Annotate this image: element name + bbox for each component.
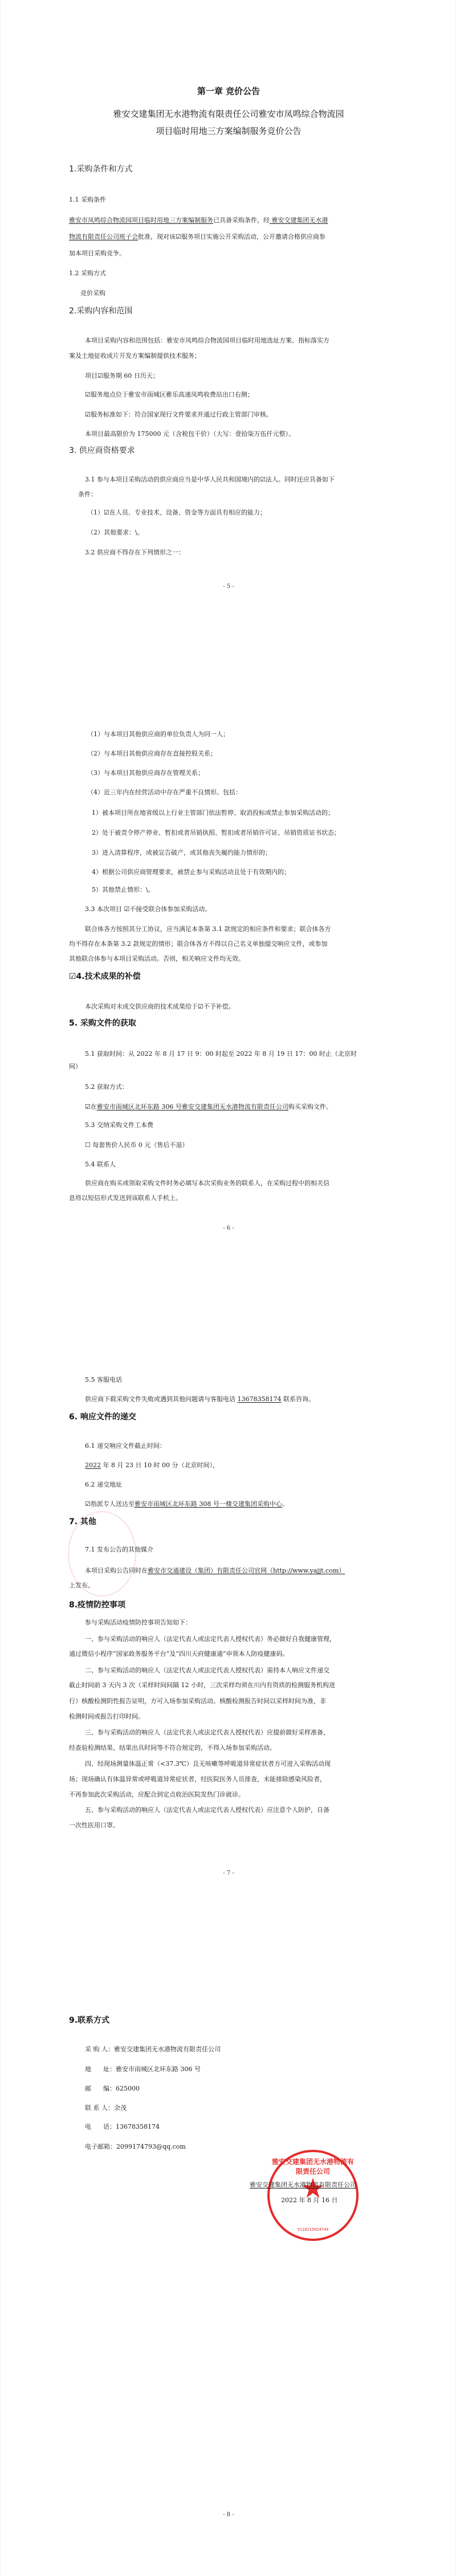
exclusion-4-5: 5）其他禁止情形：\。 bbox=[92, 886, 154, 894]
deadline-year: 2022 bbox=[85, 1461, 101, 1469]
epidemic-line: 检测时间或报告打印时间。 bbox=[69, 1713, 144, 1721]
hotline-number: 13678358174 bbox=[238, 1395, 282, 1403]
contact-label: 电 话： bbox=[85, 2123, 116, 2130]
contact-row-phone: 电 话：13678358174 bbox=[85, 2123, 160, 2131]
section-1-1-para-line3: 加本项目采购竞争。 bbox=[69, 250, 125, 258]
consortium-line3: 其他联合体参与本项目采购活动。否则，相关响应文件均无效。 bbox=[69, 955, 245, 963]
section-7-heading: 7. 其他 bbox=[69, 1517, 96, 1527]
section-3-1-line1: 3.1 参与本项目采购活动的供应商应当是中华人民共和国境内的☑法人。同时还应具备… bbox=[85, 476, 335, 484]
exclusion-2: （2）与本项目其他供应商存在直接控股关系； bbox=[87, 750, 217, 758]
exclusion-1: （1）与本项目其他供应商的单位负责人为同一人； bbox=[87, 730, 229, 738]
exclusion-4: （4）近三年内在经营活动中存在严重不良情形。包括： bbox=[87, 789, 242, 797]
chapter-title: 第一章 竞价公告 bbox=[1, 85, 456, 97]
section-2-heading: 2.采购内容和范围 bbox=[69, 306, 132, 316]
seal-code: 5118215024744 bbox=[270, 2227, 356, 2232]
section-7-1-heading: 7.1 发布公告的其他媒介 bbox=[85, 1546, 153, 1554]
section-5-2-heading: 5.2 获取方式： bbox=[85, 1083, 128, 1091]
section-1-1-para-line2: 物流有限责任公司班子会批准，现对该☑服务项目实施公开采购活动，公开邀请合格供应商… bbox=[69, 233, 325, 241]
section-4-heading: ☑4.技术成果的补偿 bbox=[69, 971, 141, 982]
section-1-heading: 1.采购条件和方式 bbox=[69, 164, 132, 174]
exclusion-4-1: 1）被本项目所在地省级以上行业主管部门依法暂停、取消投标或禁止参加采购活动的； bbox=[92, 809, 334, 817]
epidemic-line: 三、参与采购活动的响应人（法定代表人或法定代表人授权代表）应提前做好采样准备， bbox=[85, 1729, 329, 1737]
epidemic-line: 一次性医用口罩。 bbox=[69, 1822, 119, 1830]
epidemic-line: 场；现场确认有体温异常或呼吸道异常症状者，经医院医务人员排查，未能排除感染风险者… bbox=[69, 1775, 326, 1783]
section-1-2-heading: 1.2 采购方式 bbox=[69, 270, 106, 277]
contact-row-address: 地 址：雅安市雨城区北环东路 306 号 bbox=[85, 2065, 201, 2073]
other-media-line1: 本项目采购公告同时在雅安市交通建设（集团）有限责任公司官网（http://www… bbox=[85, 1567, 345, 1575]
contact-row-purchaser: 采 购 人：雅安交建集团无水港物流有限责任公司 bbox=[85, 2046, 221, 2054]
para-text: 供应商下载采购文件失败或遇到其他问题请与客服电话 bbox=[85, 1395, 238, 1403]
section-5-4-heading: 5.4 联系人 bbox=[85, 1161, 116, 1169]
contact-note-line2: 息将以短信形式发送到该联系人手机上。 bbox=[69, 1194, 182, 1202]
contact-row-postcode: 邮 编：625000 bbox=[85, 2085, 140, 2093]
contact-note-line1: 供应商在购买或领取采购文件时务必填写本次采购业务的联系人，在采购过程中的相关信 bbox=[85, 1179, 329, 1187]
para-text: 批准，现对该☑服务项目实施公开采购活动，公开邀请合格供应商参 bbox=[138, 233, 325, 240]
contact-row-person: 联 系 人：余茂 bbox=[85, 2104, 127, 2112]
epidemic-line: 截止时间前 3 天内 3 次（采样时间间隔 12 小时，三次采样均须在川内有资质… bbox=[69, 1681, 335, 1689]
signature-date: 2022 年 8 月 16 日 bbox=[281, 2197, 337, 2204]
para-text: 。 bbox=[282, 1500, 288, 1508]
contact-value: 625000 bbox=[116, 2085, 140, 2092]
other-media-line2: 上发布。 bbox=[69, 1582, 94, 1590]
acquisition-time-line1: 5.1 获取时间：从 2022 年 8 月 17 日 9：00 时起至 2022… bbox=[85, 1050, 357, 1058]
contact-label: 联 系 人： bbox=[85, 2104, 114, 2112]
section-6-2-heading: 6.2 递交地址 bbox=[85, 1481, 122, 1489]
section-6-heading: 6. 响应文件的递交 bbox=[69, 1412, 136, 1422]
compensation-text: 本次采购对未成交供应商的技术成果给于☑不予补偿。 bbox=[85, 1003, 235, 1011]
section-5-5-heading: 5.5 客服电话 bbox=[85, 1376, 122, 1384]
doc-title-line1: 雅安交建集团无水港物流有限责任公司雅安市凤鸣综合物流园 bbox=[1, 108, 456, 120]
page-number-7: - 7 - bbox=[1, 1870, 456, 1876]
epidemic-line: 二、参与采购活动的响应人（法定代表人或法定代表人授权代表）需持本人响应文件递交 bbox=[85, 1667, 329, 1675]
section-1-1-para-line1: 雅安市凤鸣综合物流园项目临时用地三方案编制服务已具备采购条件，经 雅安交建集团无… bbox=[69, 217, 328, 224]
epidemic-line: 经查验检测结果、结果出具时间等不符合规定的，不得入场参加采购活动。 bbox=[69, 1744, 276, 1752]
section-3-heading: 3. 供应商资格要求 bbox=[69, 446, 135, 456]
para-text: 已具备采购条件，经 bbox=[213, 217, 270, 224]
scope-line1: 本项目采购内容和范围包括：雅安市凤鸣综合物流园项目临时用地选址方案、指标落实方 bbox=[85, 337, 329, 345]
service-period: 项目☑服务期 60 日历天； bbox=[85, 372, 159, 380]
deadline-rest: 年 8 月 23 日 10 时 00 分（北京时间）， bbox=[101, 1461, 219, 1469]
submission-address: ☑指派专人送达至雅安市雨城区北环东路 308 号一楼交建集团采购中心。 bbox=[85, 1500, 288, 1508]
company-seal-stamp: 雅安交建集团无水港物流有限责任公司 ★ 5118215024744 bbox=[267, 2150, 359, 2241]
scope-line2: 案及土地征收成片开发方案编制提供技术服务； bbox=[69, 352, 201, 360]
hotline-text: 供应商下载采购文件失败或遇到其他问题请与客服电话 13678358174 联系咨… bbox=[85, 1395, 315, 1403]
section-6-1-heading: 6.1 递交响应文件截止时间： bbox=[85, 1442, 166, 1450]
section-1-1-heading: 1.1 采购条件 bbox=[69, 196, 106, 204]
project-name-underlined: 雅安市凤鸣综合物流园项目临时用地三方案编制服务 bbox=[69, 217, 213, 224]
epidemic-line: 通过微信小程序“国家政务服务平台”及“四川天府健康通”申领本人防疫健康码。 bbox=[69, 1650, 289, 1658]
exclusion-4-3: 3）进入清算程序，或被宣告破产，或其他丧失履约能力情形的； bbox=[92, 849, 271, 857]
acquisition-address: ☑在雅安市雨城区北环东路 306 号雅安交建集团无水港物流有限责任公司购买采购文… bbox=[85, 1103, 332, 1111]
official-website-link[interactable]: 雅安市交通建设（集团）有限责任公司官网（http://www.yajjt.com… bbox=[148, 1567, 345, 1574]
section-8-heading: 8.疫情防控事项 bbox=[69, 1600, 125, 1610]
service-standard: ☑服务标准如下：符合国家现行文件要求并通过行政主管部门审核。 bbox=[85, 411, 272, 419]
exclusion-4-2: 2）处于被责令停产停业、暂扣或者吊销执照、暂扣或者吊销许可证、吊销资质证书状态； bbox=[92, 829, 340, 837]
approver-underlined-cont: 物流有限责任公司班子会 bbox=[69, 233, 138, 240]
section-5-3-heading: 5.3 交纳采购文件工本费 bbox=[85, 1121, 153, 1129]
exclusion-4-4: 4）根据公司供应商管理要求，被禁止参与采购活动且处于有效期内的； bbox=[92, 868, 290, 876]
signature-company: 雅安交建集团无水港物流有限责任公司 bbox=[250, 2181, 356, 2189]
section-3-2-heading: 3.2 供应商不得存在下列情形之一： bbox=[85, 549, 185, 557]
requirement-1: （1）☑在人员、专业技术、设备、资金等方面具有相应的能力； bbox=[87, 509, 266, 517]
epidemic-line: 四、经现场测量体温正常（<37.3℃）且无咳嗽等呼吸道异常症状者方可进入采购活动… bbox=[85, 1760, 331, 1768]
page-number-5: - 5 - bbox=[1, 583, 456, 590]
section-3-3: 3.3 本次项目 ☑不接受联合体参加采购活动。 bbox=[85, 905, 211, 913]
contact-value: 雅安市雨城区北环东路 306 号 bbox=[116, 2065, 201, 2073]
consortium-line2: 均不得存在本条第 3.2 款规定的情形；联合体各方不得以自己名义单独提交响应文件… bbox=[69, 940, 327, 948]
contact-label: 地 址： bbox=[85, 2065, 116, 2073]
section-5-heading: 5. 采购文件的获取 bbox=[69, 1018, 136, 1028]
epidemic-line: 一、参与采购活动的响应人（法定代表人或法定代表人授权代表）务必做好自我健康管理， bbox=[85, 1635, 336, 1643]
document-page: 第一章 竞价公告 雅安交建集团无水港物流有限责任公司雅安市凤鸣综合物流园 项目临… bbox=[0, 0, 456, 2576]
procurement-method: 竞价采购 bbox=[80, 289, 105, 297]
page-number-8: - 8 - bbox=[1, 2512, 456, 2518]
page-number-6: - 6 - bbox=[1, 1225, 456, 1231]
submission-deadline: 2022 年 8 月 23 日 10 时 00 分（北京时间）， bbox=[85, 1461, 219, 1469]
contact-label: 采 购 人： bbox=[85, 2046, 114, 2053]
contact-value: 余茂 bbox=[114, 2104, 127, 2112]
epidemic-line: 五、参与采购活动的响应人（法定代表人或法定代表人授权代表）应注意个人防护，自备 bbox=[85, 1806, 329, 1814]
para-text: 本项目采购公告同时在 bbox=[85, 1567, 148, 1574]
address-underlined: 雅安市雨城区北环东路 308 号一楼交建集团采购中心 bbox=[135, 1500, 282, 1508]
consortium-line1: 联合体各方按照其分工协议，应当满足本条第 3.1 款规定的相应条件和要求；联合体… bbox=[85, 925, 331, 933]
contact-value: 13678358174 bbox=[116, 2123, 160, 2130]
section-9-heading: 9.联系方式 bbox=[69, 2015, 109, 2026]
contact-value: 2099174793@qq.com bbox=[116, 2143, 186, 2150]
epidemic-intro: 参与采购活动疫情防控事项告知如下： bbox=[85, 1619, 192, 1627]
acquisition-time-line2: 间） bbox=[69, 1063, 82, 1071]
epidemic-line: 行）核酸检测阴性报告证明，方可入场参加采购活动。核酸检测报告时间以采样时间为准，… bbox=[69, 1697, 326, 1705]
contact-row-email: 电子邮箱：2099174793@qq.com bbox=[85, 2143, 186, 2151]
checkbox-checked-icon: ☑指派专人送达至 bbox=[85, 1500, 135, 1508]
document-fee: ☐ 每套售价人民币 0 元（售后不退） bbox=[85, 1141, 188, 1149]
address-underlined: 雅安市雨城区北环东路 306 号雅安交建集团无水港物流有限责任公司 bbox=[97, 1103, 288, 1111]
approver-underlined: 雅安交建集团无水港 bbox=[270, 217, 328, 224]
contact-label: 电子邮箱： bbox=[85, 2143, 116, 2150]
requirement-2: （2）其他要求：\。 bbox=[87, 529, 144, 537]
contact-label: 邮 编： bbox=[85, 2085, 116, 2092]
doc-title-line2: 项目临时用地三方案编制服务竞价公告 bbox=[1, 125, 456, 137]
service-location: ☑服务地点位于雅安市雨城区雅乐高速凤鸣收费站出口右侧； bbox=[85, 391, 254, 399]
exclusion-3: （3）与本项目其他供应商存在管理关系； bbox=[87, 769, 204, 777]
para-text: 购买采购文件。 bbox=[288, 1103, 332, 1111]
section-3-1-line2: 条件： bbox=[78, 491, 97, 499]
checkbox-checked-icon: ☑在 bbox=[85, 1103, 97, 1111]
para-text: 联系咨询。 bbox=[281, 1395, 315, 1403]
contact-value: 雅安交建集团无水港物流有限责任公司 bbox=[114, 2046, 221, 2053]
epidemic-line: 不再参加此次采购活动，应配合到定点收治医院发热门诊就诊。 bbox=[69, 1791, 245, 1799]
price-ceiling: 本项目最高限价为 175000 元（含税包干价）（大写：壹拾柒万伍仟元整）。 bbox=[85, 430, 295, 438]
